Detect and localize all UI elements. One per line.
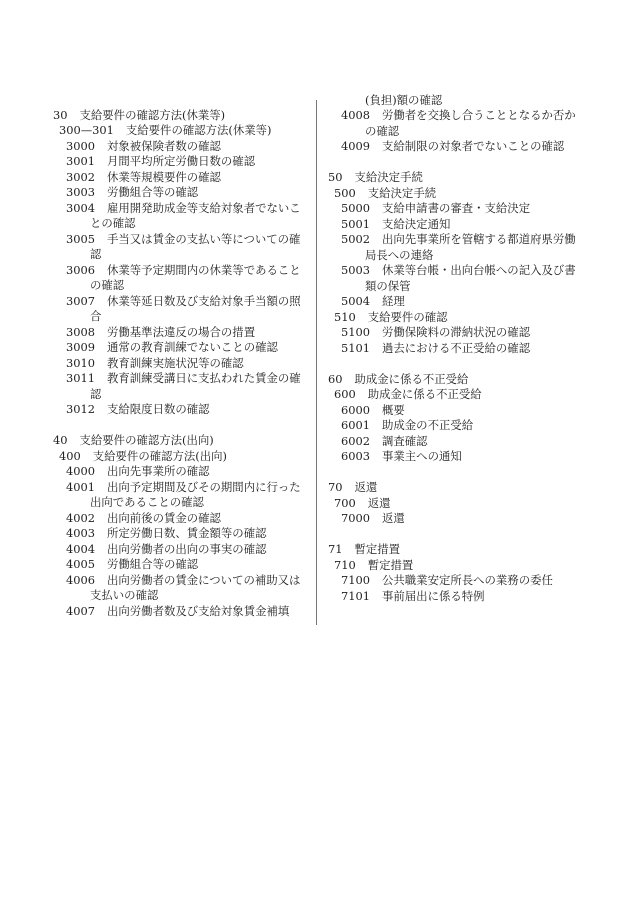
toc-entry-continuation: (負担)額の確認 (328, 93, 442, 109)
section-title: 返還 (382, 511, 405, 525)
toc-entry-continuation: の確認 (53, 278, 124, 294)
section-title: 事業主への通知 (382, 449, 462, 463)
section-number: 4009 (341, 139, 370, 155)
section-number: 510 (334, 310, 356, 326)
section-title: 雇用開発助成金等支給対象者でないこ (107, 201, 301, 215)
section-title: 助成金に係る不正受給 (368, 387, 482, 401)
toc-entry-level-3: 3004雇用開発助成金等支給対象者でないこ (53, 201, 301, 217)
toc-entry-level-3: 5101過去における不正受給の確認 (328, 341, 530, 357)
toc-entry-level-3: 3012支給限度日数の確認 (53, 402, 210, 418)
section-number: 4002 (66, 511, 95, 527)
section-title: 経理 (382, 294, 405, 308)
section-title: 月間平均所定労働日数の確認 (107, 154, 255, 168)
toc-entry-level-3: 3001月間平均所定労働日数の確認 (53, 154, 255, 170)
section-number: 710 (334, 558, 356, 574)
section-title: 返還 (368, 496, 391, 510)
toc-entry-level-2: 300—301支給要件の確認方法(休業等) (53, 123, 271, 139)
toc-entry-level-1: 50支給決定手続 (328, 170, 423, 186)
section-title: 労働者を交換し合うこととなるか否か (382, 108, 576, 122)
toc-entry-level-2: 500支給決定手続 (328, 186, 436, 202)
section-title: 出向前後の賃金の確認 (107, 511, 221, 525)
toc-entry-level-3: 6002調査確認 (328, 434, 428, 450)
section-title: 出向予定期間及びその期間内に行った (107, 480, 301, 494)
section-title: 返還 (355, 480, 378, 494)
toc-entry-continuation: との確認 (53, 216, 136, 232)
toc-entry-level-3: 7000返還 (328, 511, 405, 527)
section-number: 40 (53, 433, 68, 449)
toc-entry-level-3: 3002休業等規模要件の確認 (53, 170, 221, 186)
toc-entry-level-3: 3005手当又は賃金の支払い等についての確 (53, 232, 300, 248)
toc-entry-level-3: 5003休業等台帳・出向台帳への記入及び書 (328, 263, 576, 279)
section-number: 4005 (66, 557, 95, 573)
toc-entry-level-1: 40支給要件の確認方法(出向) (53, 433, 214, 449)
section-number: 4008 (341, 108, 370, 124)
section-number: 4001 (66, 480, 95, 496)
section-number: 3009 (66, 340, 95, 356)
toc-entry-level-3: 4009支給制限の対象者でないことの確認 (328, 139, 564, 155)
toc-entry-level-2: 400支給要件の確認方法(出向) (53, 449, 227, 465)
toc-entry-continuation: 認 (53, 247, 101, 263)
toc-entry-continuation: 支払いの確認 (53, 588, 158, 604)
section-title: 支給要件の確認 (368, 310, 448, 324)
toc-entry-level-3: 4005労働組合等の確認 (53, 557, 198, 573)
section-number: 4004 (66, 542, 95, 558)
section-number: 3004 (66, 201, 95, 217)
toc-entry-level-3: 3003労働組合等の確認 (53, 185, 198, 201)
section-title: 暫定措置 (355, 542, 401, 556)
toc-entry-level-3: 6000概要 (328, 403, 405, 419)
section-number: 6001 (341, 418, 370, 434)
toc-entry-level-3: 4001出向予定期間及びその期間内に行った (53, 480, 301, 496)
section-number: 3007 (66, 294, 95, 310)
section-number: 500 (334, 186, 356, 202)
toc-entry-level-2: 600助成金に係る不正受給 (328, 387, 482, 403)
section-title: 労働基準法違反の場合の措置 (107, 325, 255, 339)
section-title: (負担)額の確認 (365, 93, 442, 107)
section-title: 事前届出に係る特例 (382, 589, 485, 603)
section-number: 3010 (66, 356, 95, 372)
toc-entry-level-3: 4007出向労働者数及び支給対象賃金補填 (53, 604, 289, 620)
section-title: 休業等予定期間内の休業等であること (107, 263, 301, 277)
section-title: 調査確認 (382, 434, 428, 448)
toc-entry-level-3: 5004経理 (328, 294, 405, 310)
column-divider (316, 100, 317, 625)
toc-entry-level-2: 510支給要件の確認 (328, 310, 448, 326)
section-number: 5004 (341, 294, 370, 310)
section-number: 3012 (66, 402, 95, 418)
toc-entry-level-3: 3010教育訓練実施状況等の確認 (53, 356, 244, 372)
section-number: 7000 (341, 511, 370, 527)
toc-entry-level-1: 70返還 (328, 480, 377, 496)
section-number: 5001 (341, 217, 370, 233)
section-title: 合 (90, 309, 101, 323)
toc-entry-continuation: の確認 (328, 124, 399, 140)
toc-entry-level-1: 60助成金に係る不正受給 (328, 372, 468, 388)
section-number: 5101 (341, 341, 370, 357)
section-title: 教育訓練受講日に支払われた賃金の確 (107, 371, 301, 385)
section-title: 教育訓練実施状況等の確認 (107, 356, 244, 370)
section-title: 支給決定手続 (368, 186, 436, 200)
section-number: 6000 (341, 403, 370, 419)
section-number: 70 (328, 480, 343, 496)
section-title: 対象被保険者数の確認 (107, 139, 221, 153)
section-title: 支給決定手続 (355, 170, 423, 184)
section-title: の確認 (90, 278, 124, 292)
section-title: 通常の教育訓練でないことの確認 (107, 340, 278, 354)
section-title: の確認 (365, 124, 399, 138)
section-number: 4003 (66, 526, 95, 542)
section-title: 出向であることの確認 (90, 495, 204, 509)
section-title: 概要 (382, 403, 405, 417)
section-title: 認 (90, 387, 101, 401)
toc-entry-continuation: 局長への連絡 (328, 248, 433, 264)
toc-entry-level-1: 30支給要件の確認方法(休業等) (53, 108, 225, 124)
section-title: との確認 (90, 216, 136, 230)
section-title: 過去における不正受給の確認 (382, 341, 530, 355)
toc-entry-level-3: 5002出向先事業所を管轄する都道府県労働 (328, 232, 576, 248)
section-title: 労働組合等の確認 (107, 557, 198, 571)
section-title: 支払いの確認 (90, 588, 158, 602)
section-number: 30 (53, 108, 68, 124)
section-number: 5003 (341, 263, 370, 279)
toc-entry-level-3: 5001支給決定通知 (328, 217, 450, 233)
toc-entry-level-3: 4002出向前後の賃金の確認 (53, 511, 221, 527)
section-title: 出向先事業所を管轄する都道府県労働 (382, 232, 576, 246)
toc-entry-level-3: 4006出向労働者の賃金についての補助又は (53, 573, 300, 589)
section-title: 支給要件の確認方法(休業等) (126, 123, 272, 137)
section-number: 3003 (66, 185, 95, 201)
toc-entry-level-1: 71暫定措置 (328, 542, 400, 558)
toc-entry-level-2: 710暫定措置 (328, 558, 413, 574)
section-number: 400 (59, 449, 81, 465)
section-title: 出向労働者の出向の事実の確認 (107, 542, 266, 556)
section-title: 手当又は賃金の支払い等についての確 (107, 232, 300, 246)
section-title: 認 (90, 247, 101, 261)
section-title: 支給要件の確認方法(出向) (93, 449, 227, 463)
section-title: 出向労働者数及び支給対象賃金補填 (107, 604, 289, 618)
section-title: 支給限度日数の確認 (107, 402, 210, 416)
section-title: 支給制限の対象者でないことの確認 (382, 139, 564, 153)
section-number: 4006 (66, 573, 95, 589)
toc-entry-level-3: 7100公共職業安定所長への業務の委任 (328, 573, 553, 589)
section-number: 3011 (66, 371, 95, 387)
section-title: 出向労働者の賃金についての補助又は (107, 573, 300, 587)
section-number: 5000 (341, 201, 370, 217)
section-title: 支給申請書の審査・支給決定 (382, 201, 530, 215)
section-number: 3005 (66, 232, 95, 248)
section-title: 局長への連絡 (365, 248, 433, 262)
toc-entry-level-3: 4004出向労働者の出向の事実の確認 (53, 542, 266, 558)
section-number: 3001 (66, 154, 95, 170)
section-number: 50 (328, 170, 343, 186)
toc-entry-level-3: 4000出向先事業所の確認 (53, 464, 210, 480)
section-title: 休業等延日数及び支給対象手当額の照 (107, 294, 301, 308)
section-number: 300—301 (59, 123, 114, 139)
section-number: 3008 (66, 325, 95, 341)
toc-entry-level-3: 7101事前届出に係る特例 (328, 589, 485, 605)
section-number: 60 (328, 372, 343, 388)
section-number: 4007 (66, 604, 95, 620)
toc-entry-level-3: 4003所定労働日数、賃金額等の確認 (53, 526, 266, 542)
section-number: 6003 (341, 449, 370, 465)
toc-entry-level-3: 4008労働者を交換し合うこととなるか否か (328, 108, 576, 124)
section-title: 出向先事業所の確認 (107, 464, 210, 478)
toc-entry-level-3: 3000対象被保険者数の確認 (53, 139, 221, 155)
section-title: 休業等台帳・出向台帳への記入及び書 (382, 263, 576, 277)
section-number: 3000 (66, 139, 95, 155)
toc-entry-level-3: 6003事業主への通知 (328, 449, 462, 465)
section-title: 労働保険料の滞納状況の確認 (382, 325, 530, 339)
toc-entry-continuation: 合 (53, 309, 101, 325)
section-title: 暫定措置 (368, 558, 414, 572)
section-number: 6002 (341, 434, 370, 450)
toc-entry-level-3: 3009通常の教育訓練でないことの確認 (53, 340, 278, 356)
section-title: 助成金の不正受給 (382, 418, 473, 432)
section-number: 700 (334, 496, 356, 512)
section-number: 3006 (66, 263, 95, 279)
toc-entry-level-3: 5000支給申請書の審査・支給決定 (328, 201, 530, 217)
section-title: 公共職業安定所長への業務の委任 (382, 573, 553, 587)
toc-entry-level-3: 3007休業等延日数及び支給対象手当額の照 (53, 294, 301, 310)
section-title: 所定労働日数、賃金額等の確認 (107, 526, 266, 540)
section-title: 助成金に係る不正受給 (355, 372, 469, 386)
section-number: 71 (328, 542, 343, 558)
section-number: 600 (334, 387, 356, 403)
toc-entry-level-3: 5100労働保険料の滞納状況の確認 (328, 325, 530, 341)
toc-entry-level-3: 6001助成金の不正受給 (328, 418, 473, 434)
toc-entry-level-3: 3011教育訓練受講日に支払われた賃金の確 (53, 371, 301, 387)
toc-entry-continuation: 出向であることの確認 (53, 495, 204, 511)
section-title: 類の保管 (365, 279, 411, 293)
toc-entry-continuation: 類の保管 (328, 279, 411, 295)
toc-entry-level-2: 700返還 (328, 496, 391, 512)
section-number: 3002 (66, 170, 95, 186)
section-number: 5100 (341, 325, 370, 341)
toc-entry-level-3: 3006休業等予定期間内の休業等であること (53, 263, 301, 279)
section-number: 7100 (341, 573, 370, 589)
section-title: 支給要件の確認方法(休業等) (80, 108, 226, 122)
section-number: 7101 (341, 589, 370, 605)
toc-entry-continuation: 認 (53, 387, 101, 403)
toc-entry-level-3: 3008労働基準法違反の場合の措置 (53, 325, 255, 341)
section-title: 支給決定通知 (382, 217, 450, 231)
section-title: 休業等規模要件の確認 (107, 170, 221, 184)
section-number: 5002 (341, 232, 370, 248)
section-number: 4000 (66, 464, 95, 480)
section-title: 支給要件の確認方法(出向) (80, 433, 214, 447)
section-title: 労働組合等の確認 (107, 185, 198, 199)
